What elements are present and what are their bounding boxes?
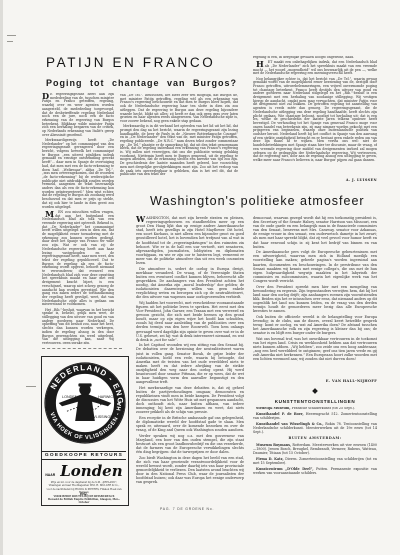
advert-city: Londen — [60, 462, 122, 480]
nederland-engeland-emblem: NEDERLAND - ENGELAND VIA HOEK OF VLISSIN… — [44, 360, 126, 446]
advert-box: NEDERLAND - ENGELAND VIA HOEK OF VLISSIN… — [41, 356, 129, 506]
diamond-separator-icon — [312, 388, 318, 394]
advert-fineprint: Prijs en inl. voor de dagdienst bij de S… — [44, 481, 124, 505]
patijn-subtitle: Poging tot chantage van Burgos? — [46, 78, 237, 88]
washington-headline: Washington's politieke atmosfeer — [150, 194, 365, 208]
margin-mark — [7, 41, 13, 42]
margin-mark — [7, 35, 16, 36]
map-label-vlissingen: VLISSINGEN — [93, 415, 115, 419]
patijn-column-2: van „De Tel.”. Intusschen, het bleef zee… — [120, 94, 238, 190]
margin-mark — [26, 386, 36, 387]
patijn-column-1: DE regeeringsgezant heeft aan zijn meded… — [42, 93, 114, 344]
patijn-headline: PATIJN EN FRANCO — [46, 55, 215, 70]
page-footer: PAG. 7 DE GROENE No. — [160, 507, 214, 511]
washington-column-b: democraat, waarvan gezegd wordt dat hij … — [253, 216, 377, 376]
sailor-body — [75, 398, 95, 421]
magazine-page: PATIJN EN FRANCO Poging tot chantage van… — [0, 0, 400, 555]
kunst-header: KUNSTTENTOONSTELLINGEN — [253, 399, 377, 404]
section-rule — [42, 348, 122, 349]
patijn-signature: A. J. LUISSEN — [253, 178, 377, 182]
washington-signature: E. VAN HALL-NIJHOFF — [253, 379, 377, 383]
map-label-harwich: HARWICH — [98, 395, 116, 399]
advert-naar: NAAR — [45, 473, 55, 477]
kunst-listing: Stedelijk Museum, Fransche schilderkunst… — [253, 407, 377, 515]
patijn-column-3: regeling is een, in dergelijke gevallen … — [253, 56, 377, 177]
washington-column-a: WASHINGTON, dat met zijn breede straten … — [136, 216, 244, 507]
advert-strip: GOEDKOOPE RETOURS — [42, 451, 126, 460]
map-label-londen: LONDEN — [62, 395, 78, 399]
sailor-cap — [78, 383, 91, 386]
